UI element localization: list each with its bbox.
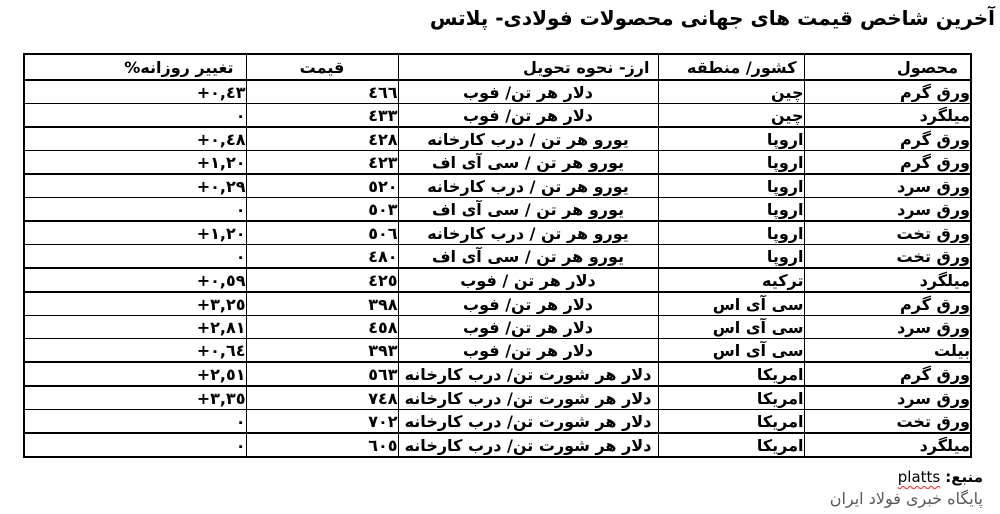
cell-product: ورق تخت bbox=[804, 245, 971, 269]
cell-price: ٥٦٣ bbox=[246, 362, 398, 386]
cell-price: ٤٢٨ bbox=[246, 127, 398, 151]
cell-product: ورق سرد bbox=[804, 174, 971, 198]
cell-currency: دلار هر شورت تن/ درب کارخانه bbox=[398, 410, 658, 434]
table-row: ورق تخت امریکا دلار هر شورت تن/ درب کارخ… bbox=[24, 410, 971, 434]
cell-product: ورق سرد bbox=[804, 198, 971, 222]
cell-product: میلگرد bbox=[804, 433, 971, 457]
cell-price: ٥٠٦ bbox=[246, 221, 398, 245]
cell-change: +٣,٢٥ bbox=[24, 292, 246, 316]
cell-currency: یورو هر تن / سی آی اف bbox=[398, 198, 658, 222]
cell-product: ورق سرد bbox=[804, 316, 971, 339]
cell-product: ورق تخت bbox=[804, 221, 971, 245]
table-row: ورق گرم چین دلار هر تن/ فوب ٤٦٦ +٠,٤٣ bbox=[24, 80, 971, 104]
cell-currency: دلار هر تن/ فوب bbox=[398, 339, 658, 363]
cell-currency: یورو هر تن / درب کارخانه bbox=[398, 221, 658, 245]
footer: منبع:platts پایگاه خبری فولاد ایران bbox=[830, 468, 983, 508]
cell-change: ٠ bbox=[24, 433, 246, 457]
cell-price: ٤٥٨ bbox=[246, 316, 398, 339]
cell-product: ورق گرم bbox=[804, 292, 971, 316]
cell-product: ورق سرد bbox=[804, 386, 971, 410]
cell-product: میلگرد bbox=[804, 268, 971, 292]
cell-currency: دلار هر تن/ فوب bbox=[398, 292, 658, 316]
table-row: میلگرد امریکا دلار هر شورت تن/ درب کارخا… bbox=[24, 433, 971, 457]
table-row: ورق گرم اروپا یورو هر تن / سی آی اف ٤٢٣ … bbox=[24, 151, 971, 175]
cell-price: ٤٣٣ bbox=[246, 104, 398, 128]
cell-change: +٠,٢٩ bbox=[24, 174, 246, 198]
col-header-product: محصول bbox=[804, 54, 971, 80]
cell-product: ورق گرم bbox=[804, 151, 971, 175]
cell-change: +٢,٥١ bbox=[24, 362, 246, 386]
source-line: منبع:platts bbox=[830, 468, 983, 486]
cell-region: چین bbox=[658, 80, 804, 104]
table-row: ورق سرد امریکا دلار هر شورت تن/ درب کارخ… bbox=[24, 386, 971, 410]
site-name: پایگاه خبری فولاد ایران bbox=[830, 489, 983, 508]
col-header-price: قیمت bbox=[246, 54, 398, 80]
cell-region: ترکیه bbox=[658, 268, 804, 292]
table-row: ورق تخت اروپا یورو هر تن / درب کارخانه ٥… bbox=[24, 221, 971, 245]
cell-region: اروپا bbox=[658, 245, 804, 269]
cell-currency: یورو هر تن / سی آی اف bbox=[398, 245, 658, 269]
steel-price-table: محصول کشور/ منطقه ارز- نحوه تحویل قیمت ت… bbox=[23, 53, 972, 458]
cell-region: چین bbox=[658, 104, 804, 128]
cell-region: اروپا bbox=[658, 174, 804, 198]
cell-currency: دلار هر شورت تن/ درب کارخانه bbox=[398, 386, 658, 410]
col-header-region: کشور/ منطقه bbox=[658, 54, 804, 80]
source-value: platts bbox=[898, 468, 940, 486]
cell-change: +١,٢٠ bbox=[24, 221, 246, 245]
table-row: ورق سرد اروپا یورو هر تن / درب کارخانه ٥… bbox=[24, 174, 971, 198]
col-header-currency: ارز- نحوه تحویل bbox=[398, 54, 658, 80]
cell-product: ورق گرم bbox=[804, 80, 971, 104]
cell-change: +٠,٦٤ bbox=[24, 339, 246, 363]
cell-product: بیلت bbox=[804, 339, 971, 363]
page-title: آخرین شاخص قیمت های جهانی محصولات فولادی… bbox=[430, 6, 995, 30]
cell-change: +٣,٣٥ bbox=[24, 386, 246, 410]
table-row: ورق گرم اروپا یورو هر تن / درب کارخانه ٤… bbox=[24, 127, 971, 151]
cell-currency: دلار هر شورت تن/ درب کارخانه bbox=[398, 362, 658, 386]
table-header-row: محصول کشور/ منطقه ارز- نحوه تحویل قیمت ت… bbox=[24, 54, 971, 80]
cell-currency: یورو هر تن / درب کارخانه bbox=[398, 174, 658, 198]
cell-region: امریکا bbox=[658, 433, 804, 457]
cell-price: ٥٢٠ bbox=[246, 174, 398, 198]
table-row: میلگرد چین دلار هر تن/ فوب ٤٣٣ ٠ bbox=[24, 104, 971, 128]
cell-change: +٠,٥٩ bbox=[24, 268, 246, 292]
cell-price: ٤٢٣ bbox=[246, 151, 398, 175]
cell-change: +٠,٤٨ bbox=[24, 127, 246, 151]
cell-change: +١,٢٠ bbox=[24, 151, 246, 175]
cell-region: اروپا bbox=[658, 127, 804, 151]
cell-price: ٦٠٥ bbox=[246, 433, 398, 457]
cell-region: سی آی اس bbox=[658, 292, 804, 316]
table-row: ورق سرد سی آی اس دلار هر تن/ فوب ٤٥٨ +٢,… bbox=[24, 316, 971, 339]
cell-currency: دلار هر تن/ فوب bbox=[398, 80, 658, 104]
cell-region: امریکا bbox=[658, 362, 804, 386]
cell-change: ٠ bbox=[24, 104, 246, 128]
cell-currency: دلار هر شورت تن/ درب کارخانه bbox=[398, 433, 658, 457]
cell-currency: یورو هر تن / سی آی اف bbox=[398, 151, 658, 175]
col-header-change: تغییر روزانه% bbox=[24, 54, 246, 80]
cell-price: ٣٩٣ bbox=[246, 339, 398, 363]
cell-price: ٤٦٦ bbox=[246, 80, 398, 104]
cell-region: اروپا bbox=[658, 151, 804, 175]
cell-currency: دلار هر تن/ فوب bbox=[398, 316, 658, 339]
cell-price: ٥٠٣ bbox=[246, 198, 398, 222]
cell-change: ٠ bbox=[24, 198, 246, 222]
table-row: بیلت سی آی اس دلار هر تن/ فوب ٣٩٣ +٠,٦٤ bbox=[24, 339, 971, 363]
cell-change: ٠ bbox=[24, 245, 246, 269]
cell-region: سی آی اس bbox=[658, 339, 804, 363]
cell-currency: دلار هر تن/ فوب bbox=[398, 104, 658, 128]
cell-price: ٤٨٠ bbox=[246, 245, 398, 269]
table-row: میلگرد ترکیه دلار هر تن / فوب ٤٢٥ +٠,٥٩ bbox=[24, 268, 971, 292]
cell-product: میلگرد bbox=[804, 104, 971, 128]
cell-change: +٢,٨١ bbox=[24, 316, 246, 339]
cell-product: ورق گرم bbox=[804, 127, 971, 151]
cell-price: ٧٠٢ bbox=[246, 410, 398, 434]
table-row: ورق سرد اروپا یورو هر تن / سی آی اف ٥٠٣ … bbox=[24, 198, 971, 222]
cell-change: ٠ bbox=[24, 410, 246, 434]
cell-region: امریکا bbox=[658, 410, 804, 434]
table-row: ورق گرم امریکا دلار هر شورت تن/ درب کارخ… bbox=[24, 362, 971, 386]
table-row: ورق تخت اروپا یورو هر تن / سی آی اف ٤٨٠ … bbox=[24, 245, 971, 269]
cell-price: ٣٩٨ bbox=[246, 292, 398, 316]
cell-price: ٤٢٥ bbox=[246, 268, 398, 292]
cell-region: سی آی اس bbox=[658, 316, 804, 339]
cell-product: ورق گرم bbox=[804, 362, 971, 386]
cell-currency: دلار هر تن / فوب bbox=[398, 268, 658, 292]
cell-change: +٠,٤٣ bbox=[24, 80, 246, 104]
cell-region: اروپا bbox=[658, 221, 804, 245]
cell-price: ٧٤٨ bbox=[246, 386, 398, 410]
cell-region: اروپا bbox=[658, 198, 804, 222]
cell-product: ورق تخت bbox=[804, 410, 971, 434]
source-label: منبع: bbox=[945, 468, 983, 486]
cell-region: امریکا bbox=[658, 386, 804, 410]
cell-currency: یورو هر تن / درب کارخانه bbox=[398, 127, 658, 151]
table-row: ورق گرم سی آی اس دلار هر تن/ فوب ٣٩٨ +٣,… bbox=[24, 292, 971, 316]
